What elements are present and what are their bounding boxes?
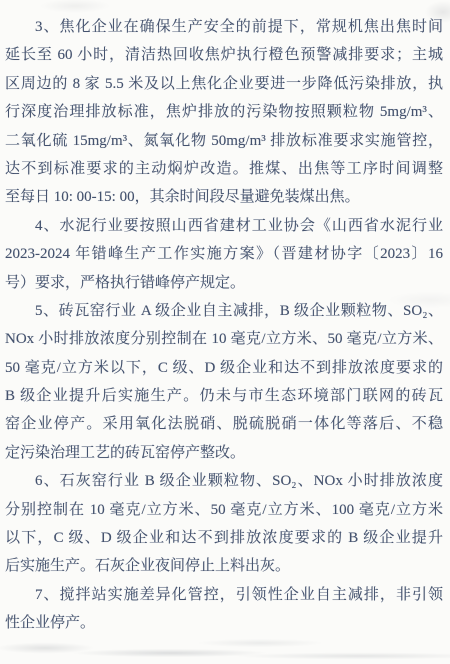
text-line: 3、焦化企业在确保生产安全的前提下，常规机焦出焦时间 xyxy=(5,13,443,41)
text-line: 2023-2024 年错峰生产工作实施方案》（晋建材协字〔2023〕16 xyxy=(5,240,443,268)
text-line: 7、搅拌站实施差异化管控，引领性企业自主减排，非引领 xyxy=(5,581,443,609)
document-body: 3、焦化企业在确保生产安全的前提下，常规机焦出焦时间 延长至 60 小时，清洁热… xyxy=(5,13,443,638)
document-page: 3、焦化企业在确保生产安全的前提下，常规机焦出焦时间 延长至 60 小时，清洁热… xyxy=(0,0,450,664)
paragraph-5-brick-kiln: 5、砖瓦窑行业 A 级企业自主减排，B 级企业颗粒物、SO₂、 NOx 小时排放… xyxy=(5,297,443,467)
text-line: 至每日 10: 00-15: 00，其余时间段尽量避免装煤出焦。 xyxy=(5,183,443,211)
paragraph-7-mixing-station: 7、搅拌站实施差异化管控，引领性企业自主减排，非引领 性企业停产。 xyxy=(5,581,443,638)
text-line: 6、石灰窑行业 B 级企业颗粒物、SO₂、NOx 小时排放浓度 xyxy=(5,467,443,495)
text-line: 分别控制在 10 毫克/立方米、50 毫克/立方米、100 毫克/立方米 xyxy=(5,496,443,524)
text-line: 5、砖瓦窑行业 A 级企业自主减排，B 级企业颗粒物、SO₂、 xyxy=(5,297,443,325)
text-line: 窑企业停产。采用氧化法脱硝、脱硫脱硝一体化等落后、不稳 xyxy=(5,410,443,438)
text-line: 区周边的 8 家 5.5 米及以上焦化企业要进一步降低污染排放，执 xyxy=(5,70,443,98)
text-line: 50 毫克/立方米以下，C 级、D 级企业和达不到排放浓度要求的 xyxy=(5,354,443,382)
text-line: 定污染治理工艺的砖瓦窑停产整改。 xyxy=(5,439,443,467)
text-line: 性企业停产。 xyxy=(5,609,443,637)
paragraph-3-coking: 3、焦化企业在确保生产安全的前提下，常规机焦出焦时间 延长至 60 小时，清洁热… xyxy=(5,13,443,212)
text-line: 4、水泥行业要按照山西省建材工业协会《山西省水泥行业 xyxy=(5,212,443,240)
text-line: NOx 小时排放浓度分别控制在 10 毫克/立方米、50 毫克/立方米、 xyxy=(5,325,443,353)
text-line: 达不到标准要求的主动焖炉改造。推煤、出焦等工序时间调整 xyxy=(5,155,443,183)
paragraph-6-lime-kiln: 6、石灰窑行业 B 级企业颗粒物、SO₂、NOx 小时排放浓度 分别控制在 10… xyxy=(5,467,443,581)
text-line: 以下，C 级、D 级企业和达不到排放浓度要求的 B 级企业提升 xyxy=(5,524,443,552)
text-line: 二氧化硫 15mg/m³、氮氧化物 50mg/m³ 排放标准要求实施管控， xyxy=(5,127,443,155)
paragraph-4-cement: 4、水泥行业要按照山西省建材工业协会《山西省水泥行业 2023-2024 年错峰… xyxy=(5,212,443,297)
text-line: 行深度治理排放标准，焦炉排放的污染物按照颗粒物 5mg/m³、 xyxy=(5,98,443,126)
text-line: 号）要求，严格执行错峰停产规定。 xyxy=(5,269,443,297)
text-line: B 级企业提升后实施生产。仍未与市生态环境部门联网的砖瓦 xyxy=(5,382,443,410)
text-line: 后实施生产。石灰企业夜间停止上料出灰。 xyxy=(5,552,443,580)
text-line: 延长至 60 小时，清洁热回收焦炉执行橙色预警减排要求；主城 xyxy=(5,41,443,69)
